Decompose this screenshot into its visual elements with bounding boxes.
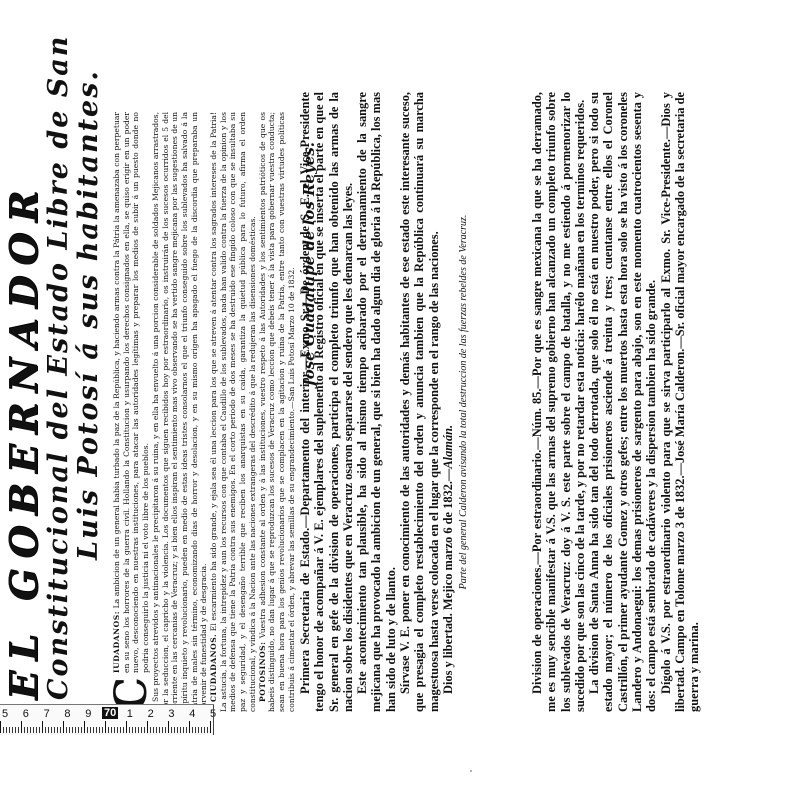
scan-speck [470, 770, 472, 772]
article-paragraph: Division de operaciones.—Por estraordina… [530, 92, 587, 712]
article-paragraph: Primera Secretaria de Estado.—Departamen… [298, 92, 355, 712]
section-caption: Parte del general Calderon avisando la t… [457, 92, 471, 712]
ruler-label: 6 [23, 708, 29, 720]
masthead-subtitle-line1: Constitucional del Estado Libre de San [44, 60, 74, 700]
ruler-major-ticks [0, 721, 214, 733]
article-paragraph: Este acontecimiento tan plausible, ha si… [355, 92, 398, 712]
article-paragraph: Dígolo á V.S. por estraordinario violent… [659, 92, 702, 712]
proclamation-article: C IUDADANOS: La ambicion de un general h… [112, 112, 318, 712]
newspaper-page: EL GOBERNADOR Constitucional del Estado … [0, 0, 800, 800]
ruler-label: 5 [2, 708, 8, 720]
scan-speck [62, 640, 65, 642]
ruler-label: 3 [168, 708, 174, 720]
ruler-label: 8 [64, 708, 70, 720]
newspaper-title: EL GOBERNADOR [4, 60, 44, 700]
measuring-ruler: 567897012345 [0, 704, 214, 735]
ruler-label: 1 [127, 708, 133, 720]
masthead: EL GOBERNADOR Constitucional del Estado … [4, 60, 104, 700]
article-paragraph: La division de Santa Anna ha sido tan de… [587, 92, 658, 712]
ruler-labels: 567897012345 [0, 708, 214, 722]
ruler-label: 9 [85, 708, 91, 720]
ruler-label: 2 [148, 708, 154, 720]
ruler-label: 4 [189, 708, 195, 720]
ruler-edge [213, 705, 214, 735]
article-paragraph: Sírvase V. E. poner en conocimiento de l… [398, 92, 441, 712]
ruler-label: 70 [102, 707, 118, 719]
proclamation-paragraph: POTOSINOS: Vuestra adhesion constante al… [258, 112, 297, 712]
proclamation-paragraph: IUDADANOS: La ambicion de un general hab… [112, 112, 151, 712]
masthead-subtitle-line2: Luis Potosí á sus habitantes. [74, 60, 104, 560]
division-report-article: Division de operaciones.—Por estraordina… [530, 92, 702, 712]
proclamation-paragraph: Sus proyectos atrevidos y antinacionales… [151, 112, 209, 712]
article-closing: Dios y libertad. Mejico marzo 6 de 1832.… [441, 92, 455, 712]
secretaria-article: Primera Secretaria de Estado.—Departamen… [298, 92, 482, 712]
proclamation-paragraph: CIUDADANOS. El escarmiento ha sido grand… [209, 112, 258, 712]
ruler-label: 7 [44, 708, 50, 720]
